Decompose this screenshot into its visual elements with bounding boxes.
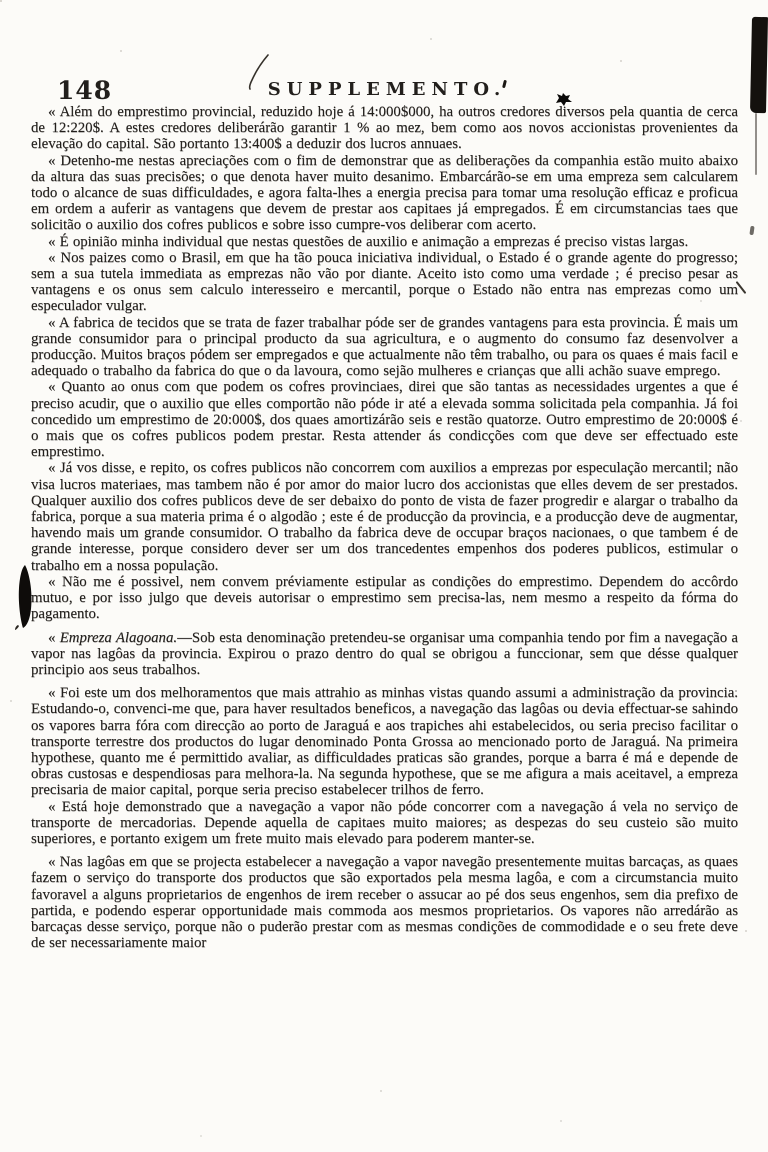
binding-shadow-tail	[755, 113, 757, 175]
paragraph-text: « Nas lagôas em que se projecta estabele…	[31, 854, 738, 951]
paragraph: « É opinião minha individual que nestas …	[31, 234, 738, 250]
paragraph: « Nos paizes como o Brasil, em que ha tã…	[31, 250, 738, 315]
paragraph-text: « Nos paizes como o Brasil, em que ha tã…	[31, 250, 738, 315]
paragraph: « Além do emprestimo provincial, reduzid…	[31, 104, 738, 153]
paragraph-text: « Além do emprestimo provincial, reduzid…	[31, 104, 738, 152]
paragraph-text: « A fabrica de tecidos que se trata de f…	[31, 315, 738, 380]
paragraph: « Foi este um dos melhoramentos que mais…	[31, 685, 738, 798]
paragraph-text: « Quanto ao onus com que podem os cofres…	[31, 379, 738, 460]
paragraph-italic-lead: Empreza Alagoana.	[60, 630, 177, 646]
paragraph-text: « Foi este um dos melhoramentos que mais…	[31, 685, 738, 798]
document-body: « Além do emprestimo provincial, reduzid…	[31, 104, 738, 951]
scanned-document-page: 148 SUPPLEMENTO. « Além do emprestimo pr…	[0, 0, 768, 1152]
ink-blob-left-margin	[12, 563, 38, 638]
paragraph: « Detenho-me nestas apreciações com o fi…	[31, 153, 738, 234]
page-title: SUPPLEMENTO.	[0, 79, 768, 100]
paragraph-text: « É opinião minha individual que nestas …	[48, 234, 688, 250]
paragraph: « Não me é possivel, nem convem préviame…	[31, 574, 738, 623]
paragraph-text: « Já vos disse, e repito, os cofres publ…	[31, 460, 738, 573]
page-header: 148 SUPPLEMENTO.	[0, 76, 768, 106]
paragraph-text: « Não me é possivel, nem convem préviame…	[31, 574, 738, 622]
paragraph: « A fabrica de tecidos que se trata de f…	[31, 315, 738, 380]
quote-mark: «	[48, 630, 60, 646]
paragraph: « Já vos disse, e repito, os cofres publ…	[31, 460, 738, 573]
ink-blot	[553, 90, 575, 113]
binding-shadow-mark	[750, 17, 768, 113]
paragraph: « Está hoje demonstrado que a navegação …	[31, 799, 738, 848]
paragraph: « Nas lagôas em que se projecta estabele…	[31, 854, 738, 951]
stray-pen-stroke	[246, 53, 272, 96]
paragraph: « Quanto ao onus com que podem os cofres…	[31, 379, 738, 460]
paragraph-text: « Detenho-me nestas apreciações com o fi…	[31, 153, 738, 234]
scan-noise-speckles	[0, 0, 2, 2]
paragraph-text: « Está hoje demonstrado que a navegação …	[31, 799, 738, 847]
ink-speck	[749, 226, 754, 235]
paragraph-empreza-alagoana: « Empreza Alagoana.—Sob esta denominação…	[31, 630, 738, 679]
